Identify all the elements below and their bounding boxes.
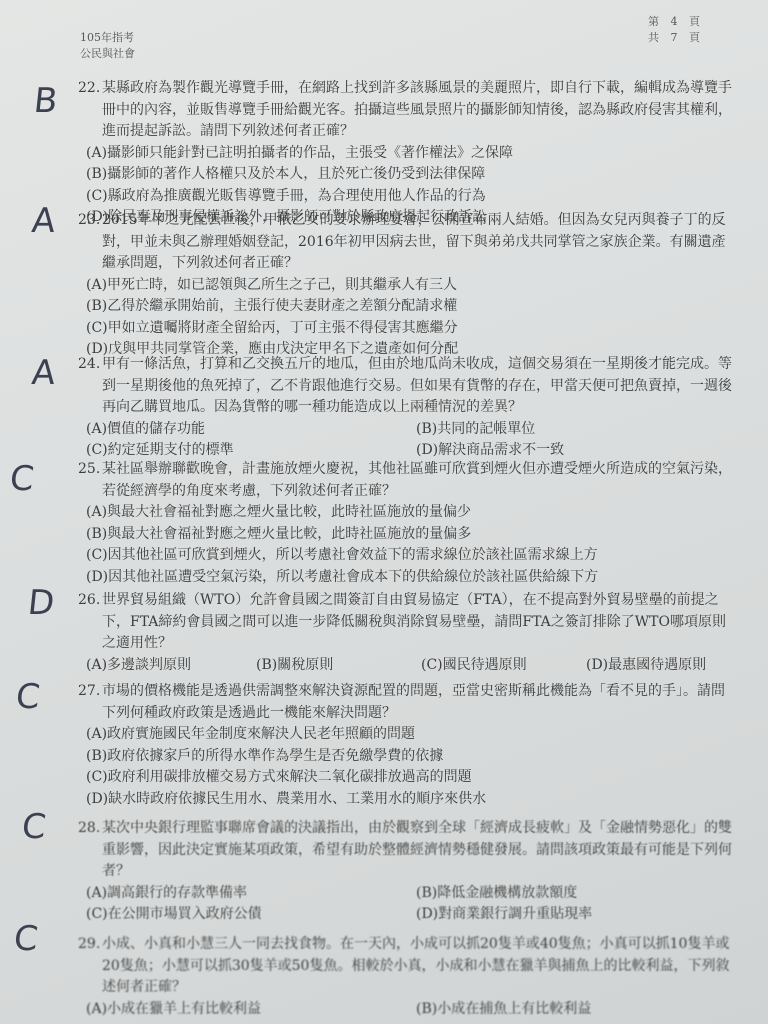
page-total: 共 7 頁 [648,30,704,46]
question-number: 27. [78,681,102,703]
question-29: 29.小成、小真和小慧三人一同去找食物。在一天內，小成可以抓20隻羊或40隻魚；… [78,934,738,1020]
option-b: (B)攝影師的著作人格權只及於本人，且於死亡後仍受到法律保障 [78,164,738,186]
option-a: (A)小成在獵羊上有比較利益 [86,999,416,1021]
option-d: (D)最惠國待遇原則 [586,655,746,677]
question-22: 22.某縣政府為製作觀光導覽手冊，在網路上找到許多該縣風景的美麗照片，即自行下載… [78,78,738,229]
question-27: 27.市場的價格機能是透過供需調整來解決資源配置的問題，亞當史密斯稱此機能為「看… [78,681,738,810]
question-text: 某次中央銀行理監事聯席會議的決議指出，由於觀察到全球「經濟成長疲軟」及「金融情勢… [102,820,732,879]
option-a: (A)政府實施國民年金制度來解決人民老年照顧的問題 [78,724,738,746]
option-b: (B)政府依據家戶的所得水準作為學生是否免繳學費的依據 [78,746,738,768]
question-text: 小成、小真和小慧三人一同去找食物。在一天內，小成可以抓20隻羊或40隻魚；小真可… [102,936,729,995]
question-number: 24. [78,354,102,376]
question-number: 22. [78,78,102,100]
question-stem: 26.世界貿易組織（WTO）允許會員國之間簽訂自由貿易協定（FTA），在不提高對… [78,590,738,655]
question-text: 某縣政府為製作觀光導覽手冊，在網路上找到許多該縣風景的美麗照片，即自行下載，編輯… [102,80,732,139]
question-stem: 22.某縣政府為製作觀光導覽手冊，在網路上找到許多該縣風景的美麗照片，即自行下載… [78,78,738,143]
option-d: (D)缺水時政府依據民生用水、農業用水、工業用水的順序來供水 [78,789,738,811]
option-b: (B)小成在捕魚上有比較利益 [416,999,746,1021]
exam-subject: 公民與社會 [80,46,135,62]
option-b: (B)關稅原則 [256,655,421,677]
question-26: 26.世界貿易組織（WTO）允許會員國之間簽訂自由貿易協定（FTA），在不提高對… [78,590,738,676]
question-text: 某社區舉辦聯歡晚會，計畫施放煙火慶祝，其他社區雖可欣賞到煙火但亦遭受煙火所造成的… [102,461,732,499]
handwritten-answer-27: C [14,680,41,714]
handwritten-answer-24: A [30,356,57,390]
option-a: (A)攝影師只能針對已註明拍攝者的作品，主張受《著作權法》之保障 [78,143,738,165]
question-text: 甲有一條活魚，打算和乙交換五斤的地瓜，但由於地瓜尚未收成，這個交易須在一星期後才… [102,356,732,415]
handwritten-answer-23: A [30,204,57,238]
option-a: (A)與最大社會福祉對應之煙火量比較，此時社區施放的量偏少 [78,502,738,524]
option-c: (C)在公開市場買入政府公債 [86,904,416,926]
question-text: 市場的價格機能是透過供需調整來解決資源配置的問題，亞當史密斯稱此機能為「看不見的… [102,683,725,721]
option-d: (D)因其他社區遭受空氣污染，所以考慮社會成本下的供給線位於該社區供給線下方 [78,567,738,589]
question-text: 世界貿易組織（WTO）允許會員國之間簽訂自由貿易協定（FTA），在不提高對外貿易… [102,592,726,651]
option-b: (B)與最大社會福祉對應之煙火量比較，此時社區施放的量偏多 [78,524,738,546]
option-c: (C)政府利用碳排放權交易方式來解決二氧化碳排放過高的問題 [78,767,738,789]
question-number: 26. [78,590,102,612]
question-stem: 29.小成、小真和小慧三人一同去找食物。在一天內，小成可以抓20隻羊或40隻魚；… [78,934,738,999]
handwritten-answer-28: C [20,810,47,844]
page-current: 第 4 頁 [648,14,704,30]
exam-header: 105年指考 公民與社會 [80,30,135,62]
handwritten-answer-25: C [8,462,35,496]
options-grid: (A)小成在獵羊上有比較利益 (B)小成在捕魚上有比較利益 [78,999,738,1021]
options-grid: (A)多邊談判原則 (B)關稅原則 (C)國民待遇原則 (D)最惠國待遇原則 [78,655,738,677]
option-c: (C)因其他社區可欣賞到煙火，所以考慮社會效益下的需求線位於該社區需求線上方 [78,545,738,567]
question-24: 24.甲有一條活魚，打算和乙交換五斤的地瓜，但由於地瓜尚未收成，這個交易須在一星… [78,354,738,462]
options-grid: (A)調高銀行的存款準備率 (B)降低金融機構放款額度 (C)在公開市場買入政府… [78,883,738,926]
question-28: 28.某次中央銀行理監事聯席會議的決議指出，由於觀察到全球「經濟成長疲軟」及「金… [78,818,738,926]
option-b: (B)降低金融機構放款額度 [416,883,746,905]
option-c: (C)國民待遇原則 [421,655,586,677]
question-23: 23.2015年甲之元配去世後，甲依乙女的要求辦理宴會，公開宣布兩人結婚。但因為… [78,210,738,361]
page-indicator: 第 4 頁 共 7 頁 [648,14,704,46]
handwritten-answer-22: B [32,84,59,118]
question-25: 25.某社區舉辦聯歡晚會，計畫施放煙火慶祝，其他社區雖可欣賞到煙火但亦遭受煙火所… [78,459,738,588]
handwritten-answer-26: D [26,586,56,620]
handwritten-answer-29: C [12,922,39,956]
question-number: 29. [78,934,102,956]
option-b: (B)共同的記帳單位 [416,419,746,441]
question-number: 28. [78,818,102,840]
question-stem: 24.甲有一條活魚，打算和乙交換五斤的地瓜，但由於地瓜尚未收成，這個交易須在一星… [78,354,738,419]
exam-page: 105年指考 公民與社會 第 4 頁 共 7 頁 B A A C D C C C… [0,0,768,1024]
option-c: (C)甲如立遺囑將財產全留給丙，丁可主張不得侵害其應繼分 [78,318,738,340]
question-number: 23. [78,210,102,232]
option-a: (A)多邊談判原則 [86,655,256,677]
option-c: (C)縣政府為推廣觀光販售導覽手冊，為合理使用他人作品的行為 [78,186,738,208]
question-text: 2015年甲之元配去世後，甲依乙女的要求辦理宴會，公開宣布兩人結婚。但因為女兒丙… [102,212,726,271]
option-a: (A)價值的儲存功能 [86,419,416,441]
options-grid: (A)價值的儲存功能 (B)共同的記帳單位 (C)約定延期支付的標準 (D)解決… [78,419,738,462]
option-b: (B)乙得於繼承開始前，主張行使夫妻財產之差額分配請求權 [78,296,738,318]
question-stem: 28.某次中央銀行理監事聯席會議的決議指出，由於觀察到全球「經濟成長疲軟」及「金… [78,818,738,883]
question-number: 25. [78,459,102,481]
question-stem: 23.2015年甲之元配去世後，甲依乙女的要求辦理宴會，公開宣布兩人結婚。但因為… [78,210,738,275]
option-a: (A)甲死亡時，如已認領與乙所生之子己，則其繼承人有三人 [78,275,738,297]
question-stem: 25.某社區舉辦聯歡晚會，計畫施放煙火慶祝，其他社區雖可欣賞到煙火但亦遭受煙火所… [78,459,738,502]
question-stem: 27.市場的價格機能是透過供需調整來解決資源配置的問題，亞當史密斯稱此機能為「看… [78,681,738,724]
option-d: (D)對商業銀行調升重貼現率 [416,904,746,926]
option-a: (A)調高銀行的存款準備率 [86,883,416,905]
exam-title: 105年指考 [80,30,135,46]
